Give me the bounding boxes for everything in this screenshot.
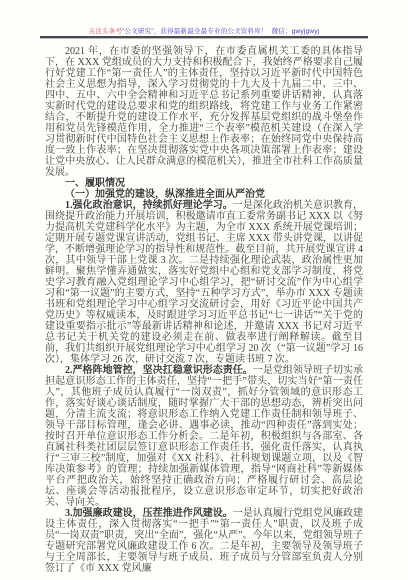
document-body: 2021 年，在市委的坚强领导下，在市委直属机关工委的具体指导下，在 XXX 党… [45,46,363,574]
promo-wechat: 微信：gwyjgwyj [272,28,320,35]
numbered-paragraph-3: 3.加强廉政建设，压茬推进作风建设。一是认真履行党组党风廉政建设主体责任，深入贯… [45,508,363,574]
promo-text: “公文研究”，获得最新最全最专业的公文资料库！ [122,28,267,35]
numbered-paragraph-1: 1.强化政治意识，持续抓好理论学习。一是深化政治机关意识教育，围绕提升政治能力开… [45,200,363,365]
subsection-heading: （一）加强党的建设，纵深推进全面从严治党 [45,189,363,200]
numbered-paragraph-3-lead: 3.加强廉政建设，压茬推进作风建设。 [65,508,233,519]
numbered-paragraph-2: 2.严格阵地管控，坚决扛稳意识形态责任。一是党组领导班子切实承担起意识形态工作的… [45,365,363,508]
numbered-paragraph-1-lead: 1.强化政治意识，持续抓好理论学习。 [65,200,233,211]
numbered-paragraph-2-lead: 2.严格阵地管控，坚决扛稳意识形态责任。 [65,365,253,376]
numbered-paragraph-2-text: 一是党组领导班子切实承担起意识形态工作的主体责任，坚持“一把手”带头，切实当好“… [45,365,363,508]
section-heading: 一、履职情况 [45,178,363,189]
header-divider [40,36,368,39]
document-page: 关注头条号“公文研究”，获得最新最全最专业的公文资料库！微信：gwyjgwyj … [0,0,408,580]
intro-paragraph: 2021 年，在市委的坚强领导下，在市委直属机关工委的具体指导下，在 XXX 党… [45,46,363,178]
promo-prefix: 关注头条号 [89,28,123,35]
numbered-paragraph-1-text: 一是深化政治机关意识教育，围绕提升政治能力开展培训，积极邀请市直工委常务副书记 … [45,200,363,365]
promo-header: 关注头条号“公文研究”，获得最新最全最专业的公文资料库！微信：gwyjgwyj [0,26,408,35]
